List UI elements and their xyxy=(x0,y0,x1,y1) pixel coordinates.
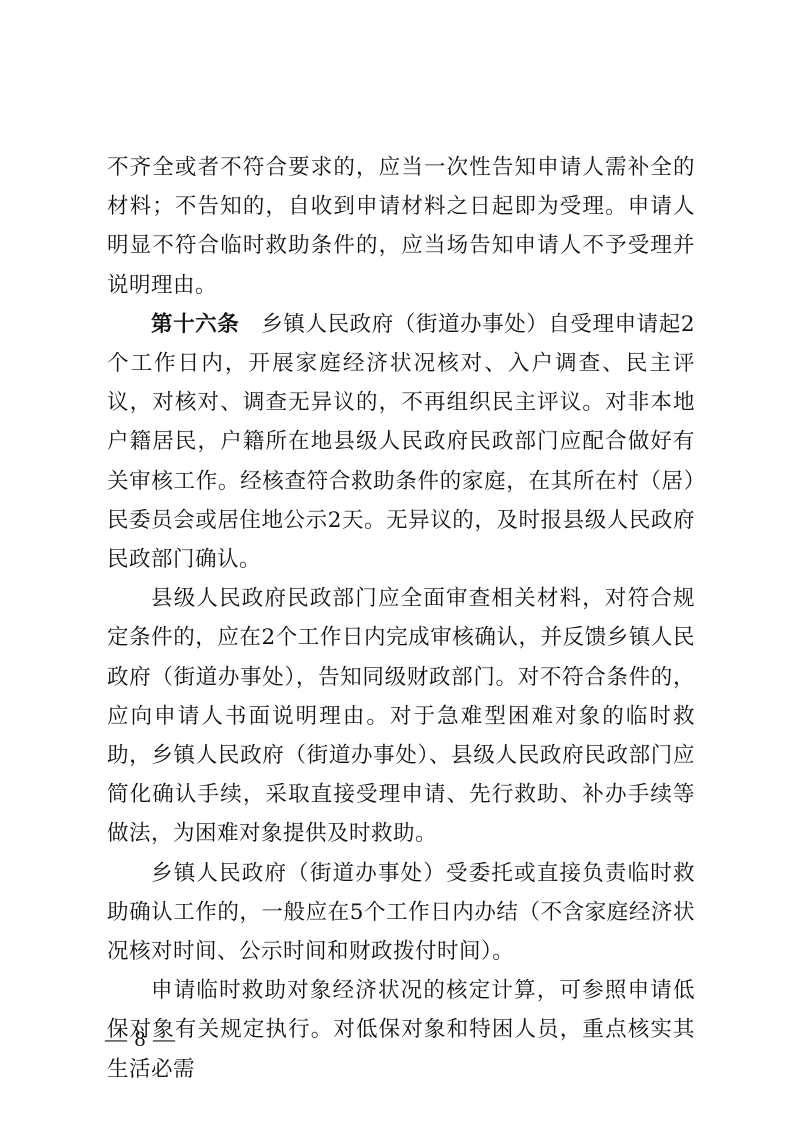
paragraph-text: 申请临时救助对象经济状况的核定计算，可参照申请低保对象有关规定执行。对低保对象和… xyxy=(107,978,695,1081)
paragraph-text: 乡镇人民政府（街道办事处）自受理申请起2个工作日内，开展家庭经济状况核对、入户调… xyxy=(107,312,695,572)
document-page: 不齐全或者不符合要求的，应当一次性告知申请人需补全的材料；不告知的，自收到申请材… xyxy=(0,0,793,1122)
paragraph-continuation: 不齐全或者不符合要求的，应当一次性告知申请人需补全的材料；不告知的，自收到申请材… xyxy=(107,148,695,305)
paragraph-text: 不齐全或者不符合要求的，应当一次性告知申请人需补全的材料；不告知的，自收到申请材… xyxy=(107,155,695,298)
article-heading: 第十六条 xyxy=(151,312,239,337)
page-number: — 8 — xyxy=(105,1026,176,1052)
paragraph-economic-assessment: 申请临时救助对象经济状况的核定计算，可参照申请低保对象有关规定执行。对低保对象和… xyxy=(107,971,695,1089)
paragraph-text: 乡镇人民政府（街道办事处）受委托或直接负责临时救助确认工作的，一般应在5个工作日… xyxy=(107,861,695,964)
paragraph-article-16: 第十六条乡镇人民政府（街道办事处）自受理申请起2个工作日内，开展家庭经济状况核对… xyxy=(107,305,695,579)
paragraph-county-review: 县级人民政府民政部门应全面审查相关材料，对符合规定条件的，应在2个工作日内完成审… xyxy=(107,579,695,853)
document-body: 不齐全或者不符合要求的，应当一次性告知申请人需补全的材料；不告知的，自收到申请材… xyxy=(107,148,695,1089)
paragraph-township-confirmation: 乡镇人民政府（街道办事处）受委托或直接负责临时救助确认工作的，一般应在5个工作日… xyxy=(107,854,695,972)
paragraph-text: 县级人民政府民政部门应全面审查相关材料，对符合规定条件的，应在2个工作日内完成审… xyxy=(107,586,695,846)
